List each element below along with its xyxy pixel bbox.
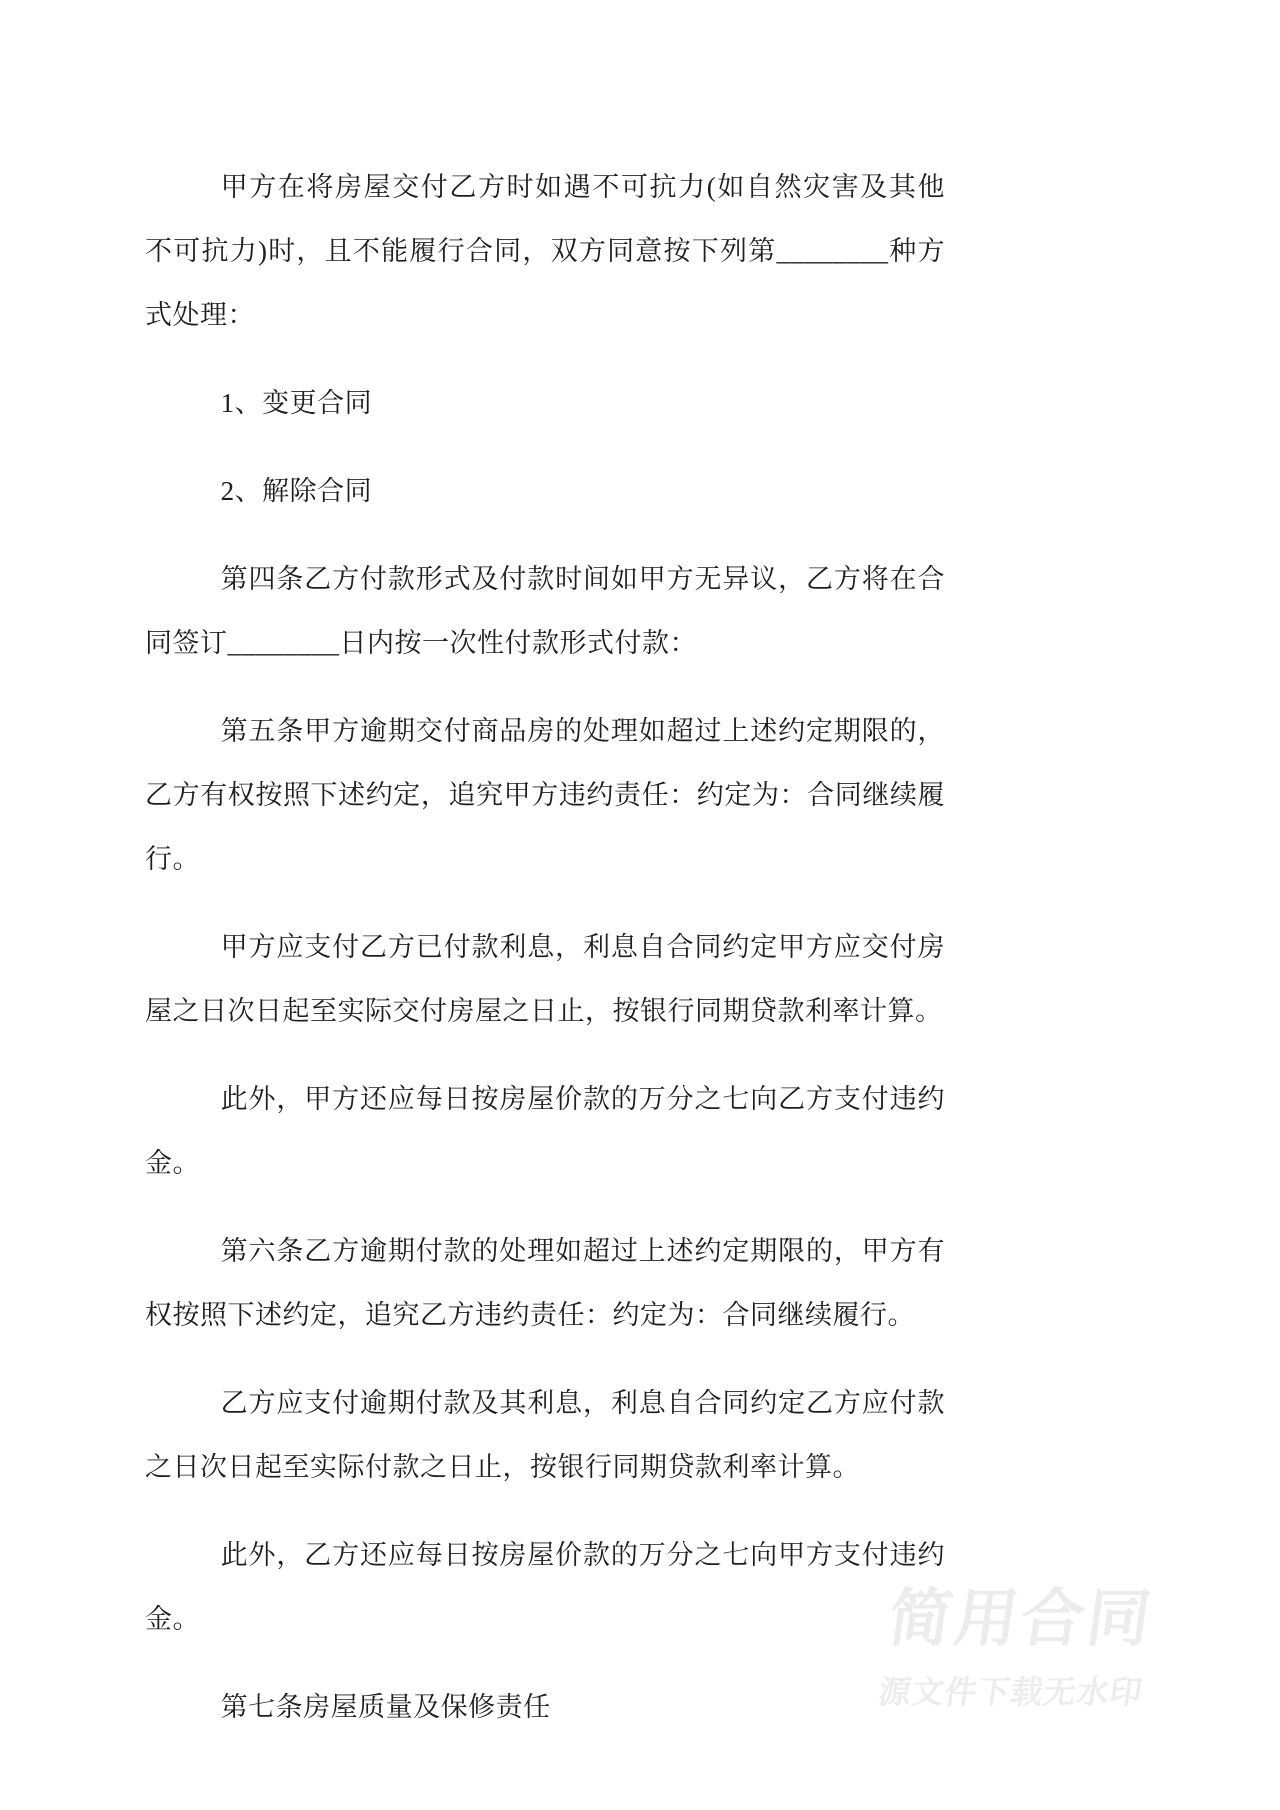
paragraph: 2、解除合同 <box>145 459 945 523</box>
paragraph: 乙方应支付逾期付款及其利息，利息自合同约定乙方应付款之日次日起至实际付款之日止，… <box>145 1371 945 1499</box>
paragraph: 第五条甲方逾期交付商品房的处理如超过上述约定期限的，乙方有权按照下述约定，追究甲… <box>145 699 945 891</box>
paragraph: 甲方应支付乙方已付款利息，利息自合同约定甲方应交付房屋之日次日起至实际交付房屋之… <box>145 915 945 1043</box>
paragraph: 此外，乙方还应每日按房屋价款的万分之七向甲方支付违约金。 <box>145 1523 945 1651</box>
paragraph: 第六条乙方逾期付款的处理如超过上述约定期限的，甲方有权按照下述约定，追究乙方违约… <box>145 1219 945 1347</box>
document-body: 甲方在将房屋交付乙方时如遇不可抗力(如自然灾害及其他不可抗力)时，且不能履行合同… <box>145 155 945 1763</box>
paragraph: 第四条乙方付款形式及付款时间如甲方无异议，乙方将在合同签订________日内按… <box>145 547 945 675</box>
paragraph: 1、变更合同 <box>145 371 945 435</box>
paragraph: 此外，甲方还应每日按房屋价款的万分之七向乙方支付违约金。 <box>145 1067 945 1195</box>
paragraph: 第七条房屋质量及保修责任 <box>145 1675 945 1739</box>
paragraph: 甲方在将房屋交付乙方时如遇不可抗力(如自然灾害及其他不可抗力)时，且不能履行合同… <box>145 155 945 347</box>
contract-page: 甲方在将房屋交付乙方时如遇不可抗力(如自然灾害及其他不可抗力)时，且不能履行合同… <box>0 0 1280 1810</box>
